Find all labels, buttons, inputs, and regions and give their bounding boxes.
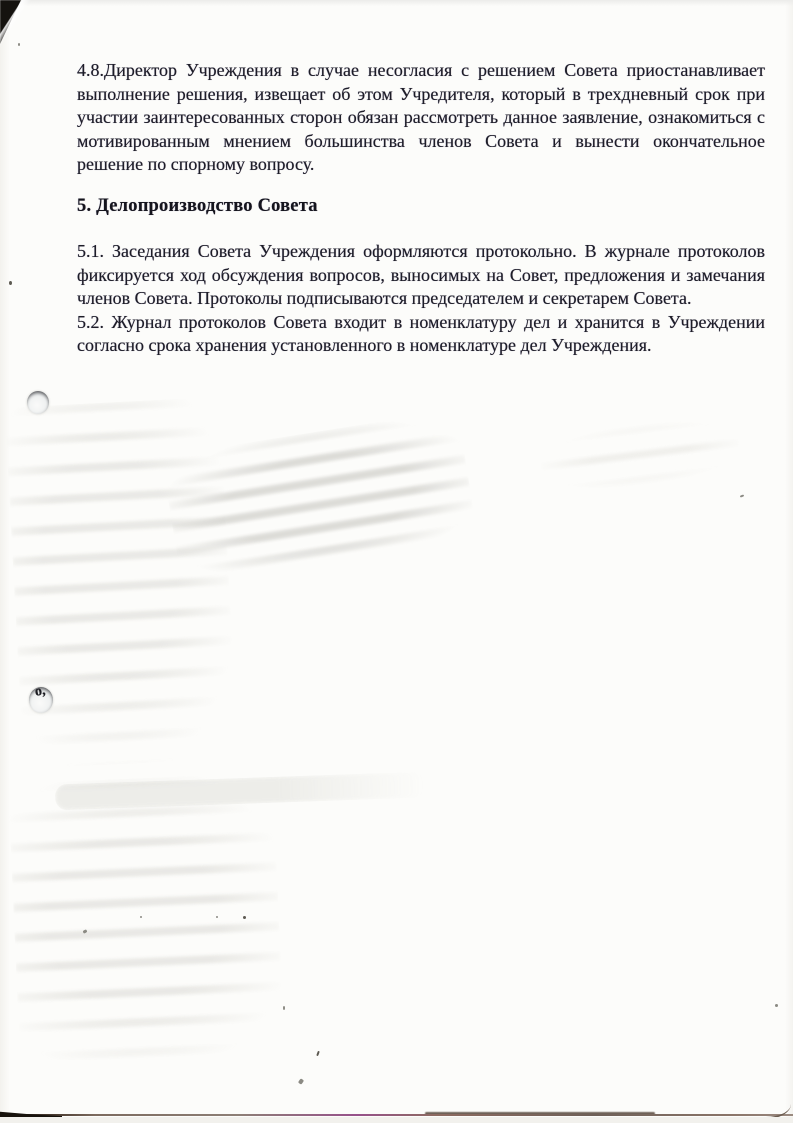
speck (316, 1051, 320, 1056)
section-heading: 5. Делопроизводство Совета (77, 195, 765, 219)
bottom-scan-edge-line (0, 1114, 793, 1116)
hole-punch-bottom: о, (29, 687, 53, 713)
paragraph-5-1: 5.1. Заседания Совета Учреждения оформля… (77, 240, 765, 311)
speck (740, 494, 744, 497)
document-text: 4.8.Директор Учреждения в случае несогла… (77, 59, 765, 358)
speck (775, 1004, 778, 1007)
scanned-page: о, 4.8.Директор Учреждения в случае несо… (0, 0, 793, 1123)
speck (283, 1006, 285, 1010)
speck (9, 281, 12, 285)
speck (18, 43, 20, 46)
scanner-bottom-band (0, 1117, 793, 1123)
paragraph-4-8: 4.8.Директор Учреждения в случае несогла… (77, 59, 765, 177)
bleedthrough-ghost-line (55, 772, 426, 811)
speck (298, 1078, 304, 1084)
speck (83, 929, 88, 934)
bleedthrough-ghost-text-center (161, 409, 478, 589)
hole-bleed-glyph: о, (34, 683, 47, 700)
speck (140, 916, 142, 918)
hole-punch-top (27, 391, 49, 414)
speck (216, 916, 218, 918)
bleedthrough-ghost-text-right (537, 413, 743, 497)
bleedthrough-ghost-text-left-upper (5, 397, 239, 770)
speck (243, 916, 246, 919)
bleedthrough-ghost-text-left-lower (8, 772, 285, 1068)
paragraph-5-2: 5.2. Журнал протоколов Совета входит в н… (77, 311, 765, 358)
